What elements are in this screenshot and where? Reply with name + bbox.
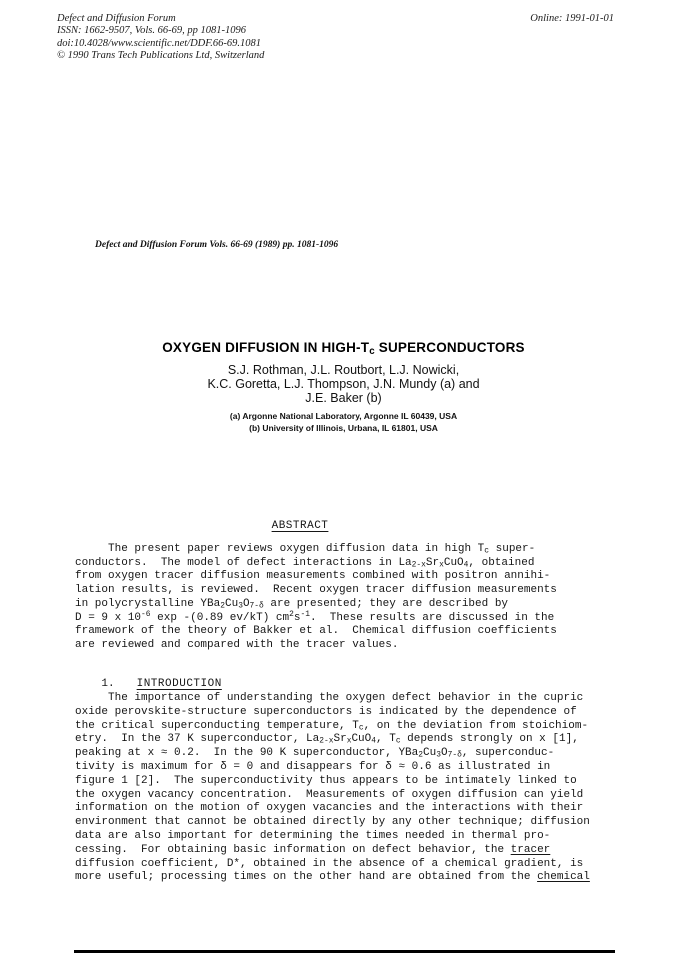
introduction-paragraph: The importance of understanding the oxyg… (75, 692, 590, 885)
affiliation-b: (b) University of Illinois, Urbana, IL 6… (75, 423, 612, 435)
abstract-heading-label: ABSTRACT (272, 520, 329, 532)
publisher-header: Defect and Diffusion Forum ISSN: 1662-95… (57, 13, 614, 63)
author-list: S.J. Rothman, J.L. Routbort, L.J. Nowick… (75, 364, 612, 405)
journal-name: Defect and Diffusion Forum (57, 13, 264, 25)
issn-line: ISSN: 1662-9507, Vols. 66-69, pp 1081-10… (57, 25, 264, 37)
author-line-2: K.C. Goretta, L.J. Thompson, J.N. Mundy … (75, 378, 612, 392)
affiliation-list: (a) Argonne National Laboratory, Argonne… (75, 411, 612, 434)
copyright-line: © 1990 Trans Tech Publications Ltd, Swit… (57, 50, 264, 62)
footer-rule (74, 950, 615, 953)
affiliation-a: (a) Argonne National Laboratory, Argonne… (75, 411, 612, 423)
author-line-1: S.J. Rothman, J.L. Routbort, L.J. Nowick… (75, 364, 612, 378)
abstract-paragraph: The present paper reviews oxygen diffusi… (75, 543, 557, 653)
online-date: Online: 1991-01-01 (530, 13, 614, 25)
section-1-number: 1. (101, 678, 114, 690)
section-1-title: INTRODUCTION (137, 678, 222, 690)
publisher-info-block: Defect and Diffusion Forum ISSN: 1662-95… (57, 13, 264, 63)
paper-title: OXYGEN DIFFUSION IN HIGH-Tc SUPERCONDUCT… (75, 340, 612, 355)
author-line-3: J.E. Baker (b) (75, 392, 612, 406)
doi-line: doi:10.4028/www.scientific.net/DDF.66-69… (57, 38, 264, 50)
abstract-heading: ABSTRACT (75, 520, 525, 532)
document-page: Defect and Diffusion Forum ISSN: 1662-95… (0, 0, 678, 959)
citation-line: Defect and Diffusion Forum Vols. 66-69 (… (95, 240, 338, 250)
